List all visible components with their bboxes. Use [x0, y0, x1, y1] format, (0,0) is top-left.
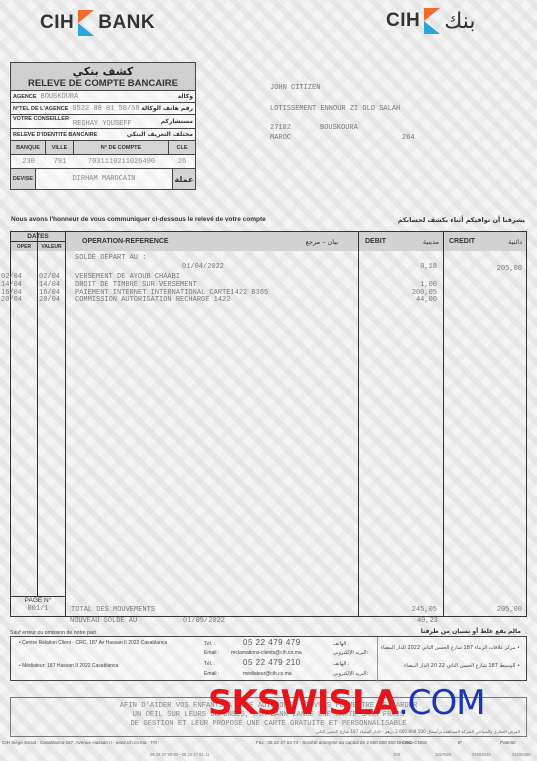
- new-balance-amount: 40,23: [368, 618, 438, 626]
- currency-label: DEVISE: [11, 169, 36, 189]
- page-number-label: PAGE N°: [11, 597, 65, 604]
- mediator-tel-label-ar: الهاتف :: [333, 661, 350, 667]
- customer-address-line: LOTISSEMENT ENNOUR ZI OLD SALAH: [270, 105, 400, 113]
- rib-header-city: VILLE: [46, 141, 74, 154]
- agency-phone-label-ar: رقم هاتف الوكالة: [141, 105, 195, 112]
- mediator-address-fr: • Médiateur: 187 Hassan II 2022 Casablan…: [19, 663, 118, 669]
- total-movements-label: TOTAL DES MOUVEMENTS: [71, 607, 155, 615]
- divider: [37, 232, 38, 596]
- opening-balance-label: SOLDE DEPART AU :: [75, 255, 146, 263]
- header-dates: DATES: [11, 232, 65, 242]
- value-date: 20/04: [39, 297, 60, 305]
- advisor-row: VOTRE CONSEILLER REGHAY YOUSEFF مستشاركم: [11, 115, 195, 129]
- new-balance-date: 01/05/2022: [183, 618, 225, 626]
- rib-header-row: BANQUE VILLE N° DE COMPTE CLE: [11, 141, 195, 155]
- customer-postcode: 27182: [270, 124, 291, 132]
- transactions-table: DATES OPER VALEUR OPERATION-REFERENCE بي…: [10, 231, 527, 617]
- chevron-logo-icon: [78, 10, 94, 36]
- divider: [358, 232, 359, 616]
- operation-date: 20/04: [1, 297, 22, 305]
- opening-balance-date: 01/04/2022: [182, 264, 224, 272]
- advisor-label: VOTRE CONSEILLER: [11, 115, 69, 122]
- header-debit: DEBIT مدينية: [359, 232, 443, 251]
- complaints-contact-box: • Centre Relation Client - CRC, 187 Av H…: [10, 636, 527, 681]
- crc-address-fr: • Centre Relation Client - CRC, 187 Av H…: [19, 640, 167, 646]
- cih-bank-arabic-logo: CIH بنك: [386, 8, 476, 34]
- intro-text-fr: Nous avons l'honneur de vous communiquer…: [11, 216, 266, 223]
- rib-key: 26: [169, 155, 195, 168]
- legal-patente-label: Patente: [500, 740, 516, 745]
- logo-brand-text-right: CIH: [386, 10, 420, 32]
- header-operation-ar: بيان – مرجع: [306, 238, 338, 246]
- logo-arabic-word: بنك: [444, 9, 475, 34]
- rib-bank-code: 230: [11, 155, 46, 168]
- cih-bank-logo: CIH BANK: [40, 10, 155, 36]
- watermark: SKSWISLA.COM: [208, 683, 485, 723]
- mediator-address-ar: • الوسيط 187 شارع الحسن الثاني 22 20 الد…: [404, 663, 520, 669]
- legal-patente-number: 34200380: [512, 752, 531, 757]
- crc-email[interactable]: reclamations-clients@cih.co.ma: [231, 650, 302, 656]
- customer-country: MAROC: [270, 134, 291, 142]
- operation-label: COMMISSION AUTORISATION RECHARGE 1422: [75, 297, 230, 305]
- rib-values-row: 230 791 7031110211026400 26: [11, 155, 195, 169]
- header-operation-fr: OPERATION-REFERENCE: [82, 238, 169, 245]
- advisor-label-ar: مستشاركم: [161, 118, 195, 125]
- rib-city-code: 791: [46, 155, 74, 168]
- crc-email-label: Email :: [204, 650, 219, 656]
- page-number-value: 001/1: [11, 606, 65, 614]
- legal-text-ar: القرض العقاري والسياحي الشركة المساهمة ب…: [315, 729, 520, 734]
- mediator-phone[interactable]: 05 22 479 210: [243, 658, 301, 667]
- new-balance-label: NOUVEAU SOLDE AU: [70, 618, 137, 626]
- currency-row: DEVISE DIRHAM MAROCAIN عملة: [11, 169, 195, 189]
- crc-address-ar: • مركز علاقات الزبناء 187 شارع الحسن الث…: [381, 645, 520, 651]
- rib-title-row: RELEVE D'IDENTITE BANCAIRE مختلف التعريف…: [11, 129, 195, 141]
- legal-cnss-number: 1027820: [435, 752, 451, 757]
- agency-row: AGENCE BOUSKOURA وكالة: [11, 91, 195, 103]
- rib-header-bank: BANQUE: [11, 141, 46, 154]
- customer-name: JOHN CITIZEN: [270, 84, 320, 92]
- statement-title-fr: RELEVE DE COMPTE BANCAIRE: [11, 78, 195, 89]
- rib-account-number: 7031110211026400: [74, 155, 169, 168]
- credit-amount: 205,00: [452, 266, 522, 274]
- header-oper-date: OPER: [11, 242, 37, 251]
- legal-cnss-label: Casa-CNSS: [402, 740, 427, 745]
- watermark-part1: SKSWISLA: [208, 683, 398, 723]
- chevron-logo-icon-right: [424, 8, 440, 34]
- divider: [65, 232, 66, 616]
- agency-phone-row: N°TEL DE L'AGENCE 0522 88 81 50/58 رقم ه…: [11, 103, 195, 115]
- header-credit-ar: دائنية: [508, 238, 522, 246]
- account-identity-box: كشف بنكي RELEVE DE COMPTE BANCAIRE AGENC…: [10, 62, 196, 190]
- legal-rc: 203: [393, 752, 400, 757]
- rib-header-account: N° DE COMPTE: [74, 141, 169, 154]
- agency-value: BOUSKOURA: [37, 93, 178, 101]
- mediator-email[interactable]: mediateur@cih.co.ma: [243, 671, 292, 677]
- legal-phones: 05 22 47 90 00 - 05 22 47 61 11: [150, 752, 209, 757]
- crc-tel-label-ar: الهاتف :: [333, 641, 350, 647]
- agency-label: AGENCE: [11, 94, 37, 100]
- legal-fax-capital: Fax : 05 22 47 63 74 - Société anonyme a…: [256, 740, 412, 745]
- customer-code: 264: [402, 134, 415, 142]
- header-debit-fr: DEBIT: [365, 238, 386, 245]
- customer-city: BOUSKOURA: [320, 124, 358, 132]
- rib-header-key: CLE: [169, 141, 195, 154]
- intro-text-ar: يشرفنا أن نوافيكم أثناء بكشف لحسابكم: [398, 216, 525, 224]
- header-operation: OPERATION-REFERENCE بيان – مرجع: [66, 232, 358, 251]
- watermark-part2: .COM: [398, 683, 485, 723]
- crc-phone[interactable]: 05 22 479 479: [243, 638, 301, 647]
- rib-title-label-ar: مختلف التعريف البنكي: [127, 131, 195, 138]
- table-header: DATES OPER VALEUR OPERATION-REFERENCE بي…: [11, 232, 526, 251]
- currency-label-ar: عملة: [173, 169, 195, 189]
- agency-phone-value: 0522 88 81 50/58: [68, 105, 141, 113]
- header-debit-ar: مدينية: [423, 238, 439, 246]
- statement-title-ar: كشف بنكي: [11, 65, 195, 78]
- opening-balance-amount: 0,18: [377, 264, 437, 272]
- total-debit: 245,05: [367, 607, 437, 615]
- total-credit: 205,00: [452, 607, 522, 615]
- statement-title: كشف بنكي RELEVE DE COMPTE BANCAIRE: [11, 63, 195, 91]
- agency-phone-label: N°TEL DE L'AGENCE: [11, 106, 68, 112]
- mediator-email-label-ar: البريد الإلكتروني:: [333, 671, 368, 677]
- divider: [443, 232, 444, 616]
- legal-headquarters: CIH Siège social : Casablanca-187, Avenu…: [2, 740, 159, 745]
- header-credit: CREDIT دائنية: [444, 232, 526, 251]
- header-credit-fr: CREDIT: [449, 238, 475, 245]
- advisor-value: REGHAY YOUSEFF: [69, 120, 161, 128]
- debit-amount: 44,00: [367, 297, 437, 305]
- legal-if-label: IF: [458, 740, 462, 745]
- logo-brand-text: CIH: [40, 12, 74, 34]
- mediator-tel-label: Tél. :: [204, 661, 215, 667]
- crc-tel-label: Tél. :: [204, 641, 215, 647]
- legal-if-number: 01084033: [472, 752, 491, 757]
- mediator-email-label: Email :: [204, 671, 219, 677]
- crc-email-label-ar: البريد الإلكتروني:: [333, 650, 368, 656]
- divider: [377, 637, 378, 682]
- rib-title-label: RELEVE D'IDENTITE BANCAIRE: [11, 132, 97, 138]
- header-value-date: VALEUR: [38, 242, 65, 251]
- currency-value: DIRHAM MAROCAIN: [36, 169, 173, 189]
- agency-label-ar: وكالة: [178, 93, 195, 100]
- logo-word-text: BANK: [98, 12, 155, 34]
- error-notice-ar: مالم يقع غلط أو نسيان من طرفنا: [421, 628, 521, 635]
